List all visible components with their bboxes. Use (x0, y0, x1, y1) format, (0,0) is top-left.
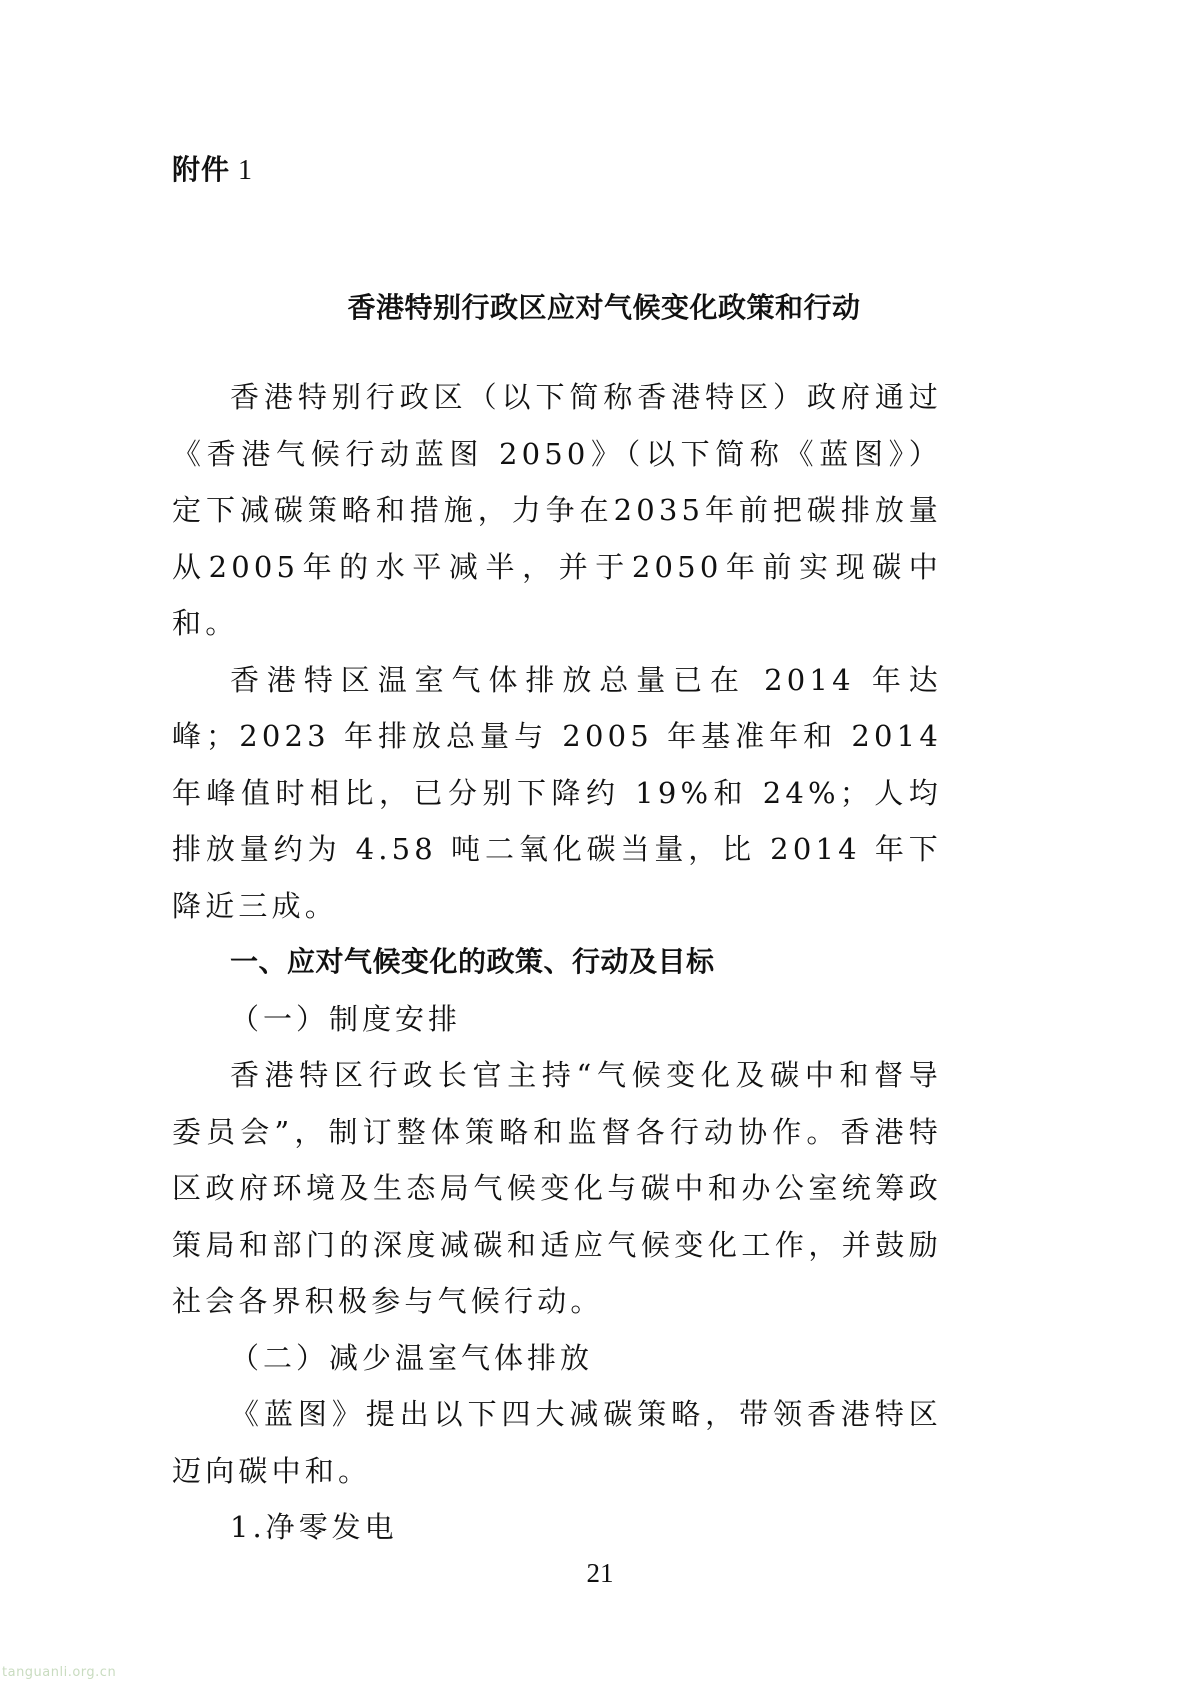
annex-label: 附件1 (172, 148, 253, 188)
item-heading-net-zero-power: 1.净零发电 (172, 1499, 942, 1556)
annex-label-text: 附件 (172, 153, 230, 186)
page-number: 21 (0, 1558, 1190, 1589)
paragraph-emissions: 香港特区温室气体排放总量已在 2014 年达峰；2023 年排放总量与 2005… (172, 652, 942, 935)
paragraph-intro: 香港特别行政区（以下简称香港特区）政府通过《香港气候行动蓝图 2050》（以下简… (172, 369, 942, 652)
annex-number: 1 (238, 155, 253, 186)
subsection-heading-institutional: （一）制度安排 (172, 991, 942, 1048)
paragraph-strategies: 《蓝图》提出以下四大减碳策略，带领香港特区迈向碳中和。 (172, 1386, 942, 1499)
watermark: tanguanli.org.cn (2, 1665, 116, 1680)
document-title: 香港特别行政区应对气候变化政策和行动 (0, 286, 1190, 326)
body-text: 香港特别行政区（以下简称香港特区）政府通过《香港气候行动蓝图 2050》（以下简… (172, 369, 942, 1556)
paragraph-institutional: 香港特区行政长官主持“气候变化及碳中和督导委员会”，制订整体策略和监督各行动协作… (172, 1047, 942, 1330)
document-page: 附件1 香港特别行政区应对气候变化政策和行动 香港特别行政区（以下简称香港特区）… (0, 0, 1190, 1684)
section-heading-1: 一、应对气候变化的政策、行动及目标 (172, 934, 942, 991)
subsection-heading-reduction: （二）减少温室气体排放 (172, 1330, 942, 1387)
